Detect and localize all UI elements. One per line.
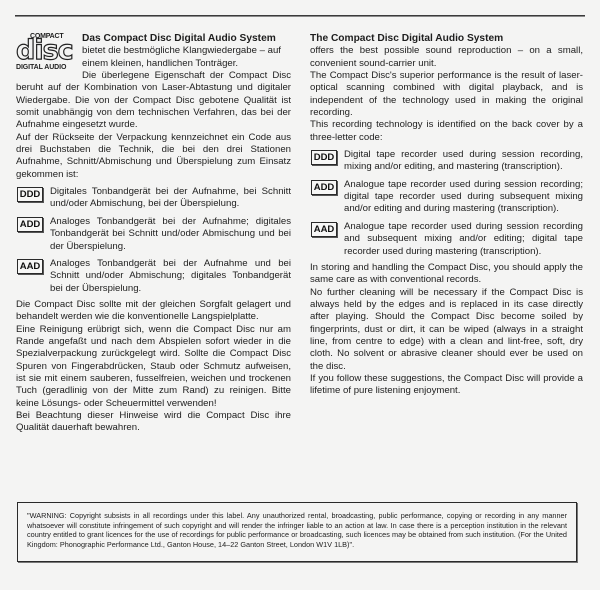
english-paragraph-5: If you follow these suggestions, the Com… (310, 373, 583, 398)
german-intro: COMPACT disc DIGITAL AUDIO Das Compact D… (16, 33, 291, 132)
german-paragraph-3: Die Compact Disc sollte mit der gleichen… (16, 299, 291, 324)
compact-disc-logo-icon: COMPACT disc DIGITAL AUDIO (16, 33, 78, 73)
english-intro-text: offers the best possible sound reproduct… (310, 45, 583, 70)
copyright-warning-box: "WARNING: Copyright subsists in all reco… (17, 502, 577, 562)
english-code-aad: AAD Analogue tape recorder used during s… (310, 221, 583, 258)
code-description: Digital tape recorder used during sessio… (344, 149, 583, 174)
english-paragraph-4: No further cleaning will be necessary if… (310, 287, 583, 373)
german-code-add: ADD Analoges Tonbandgerät bei der Aufnah… (16, 216, 291, 253)
ddd-badge: DDD (17, 187, 43, 202)
english-heading: The Compact Disc Digital Audio System (310, 33, 583, 45)
german-paragraph-4: Eine Reinigung erübrigt sich, wenn die C… (16, 324, 291, 410)
code-description: Analoges Tonbandgerät bei der Aufnahme; … (50, 216, 291, 253)
top-divider (15, 15, 585, 17)
ddd-badge: DDD (311, 150, 337, 165)
code-description: Analoges Tonbandgerät bei der Aufnahme u… (50, 258, 291, 295)
english-code-add: ADD Analogue tape recorder used during s… (310, 179, 583, 216)
add-badge: ADD (311, 180, 337, 195)
english-column: The Compact Disc Digital Audio System of… (310, 33, 583, 398)
aad-badge: AAD (311, 222, 337, 237)
english-code-ddd: DDD Digital tape recorder used during se… (310, 149, 583, 174)
german-code-aad: AAD Analoges Tonbandgerät bei der Aufnah… (16, 258, 291, 295)
copyright-warning-text: "WARNING: Copyright subsists in all reco… (27, 511, 567, 549)
aad-badge: AAD (17, 259, 43, 274)
german-column: COMPACT disc DIGITAL AUDIO Das Compact D… (16, 33, 291, 435)
german-paragraph-2: Auf der Rückseite der Verpackung kennzei… (16, 132, 291, 181)
english-paragraph-2: This recording technology is identified … (310, 119, 583, 144)
german-paragraph-1: Die überlegene Eigenschaft der Compact D… (16, 70, 291, 132)
add-badge: ADD (17, 217, 43, 232)
logo-disc-text: disc (16, 37, 73, 64)
code-description: Analogue tape recorder used during sessi… (344, 221, 583, 258)
english-paragraph-1: The Compact Disc's superior performance … (310, 70, 583, 119)
german-paragraph-5: Bei Beachtung dieser Hinweise wird die C… (16, 410, 291, 435)
code-description: Digitales Tonbandgerät bei der Aufnahme,… (50, 186, 291, 211)
code-description: Analogue tape recorder used during sessi… (344, 179, 583, 216)
logo-digital-audio-text: DIGITAL AUDIO (16, 64, 66, 72)
german-code-ddd: DDD Digitales Tonbandgerät bei der Aufna… (16, 186, 291, 211)
english-paragraph-3: In storing and handling the Compact Disc… (310, 262, 583, 287)
